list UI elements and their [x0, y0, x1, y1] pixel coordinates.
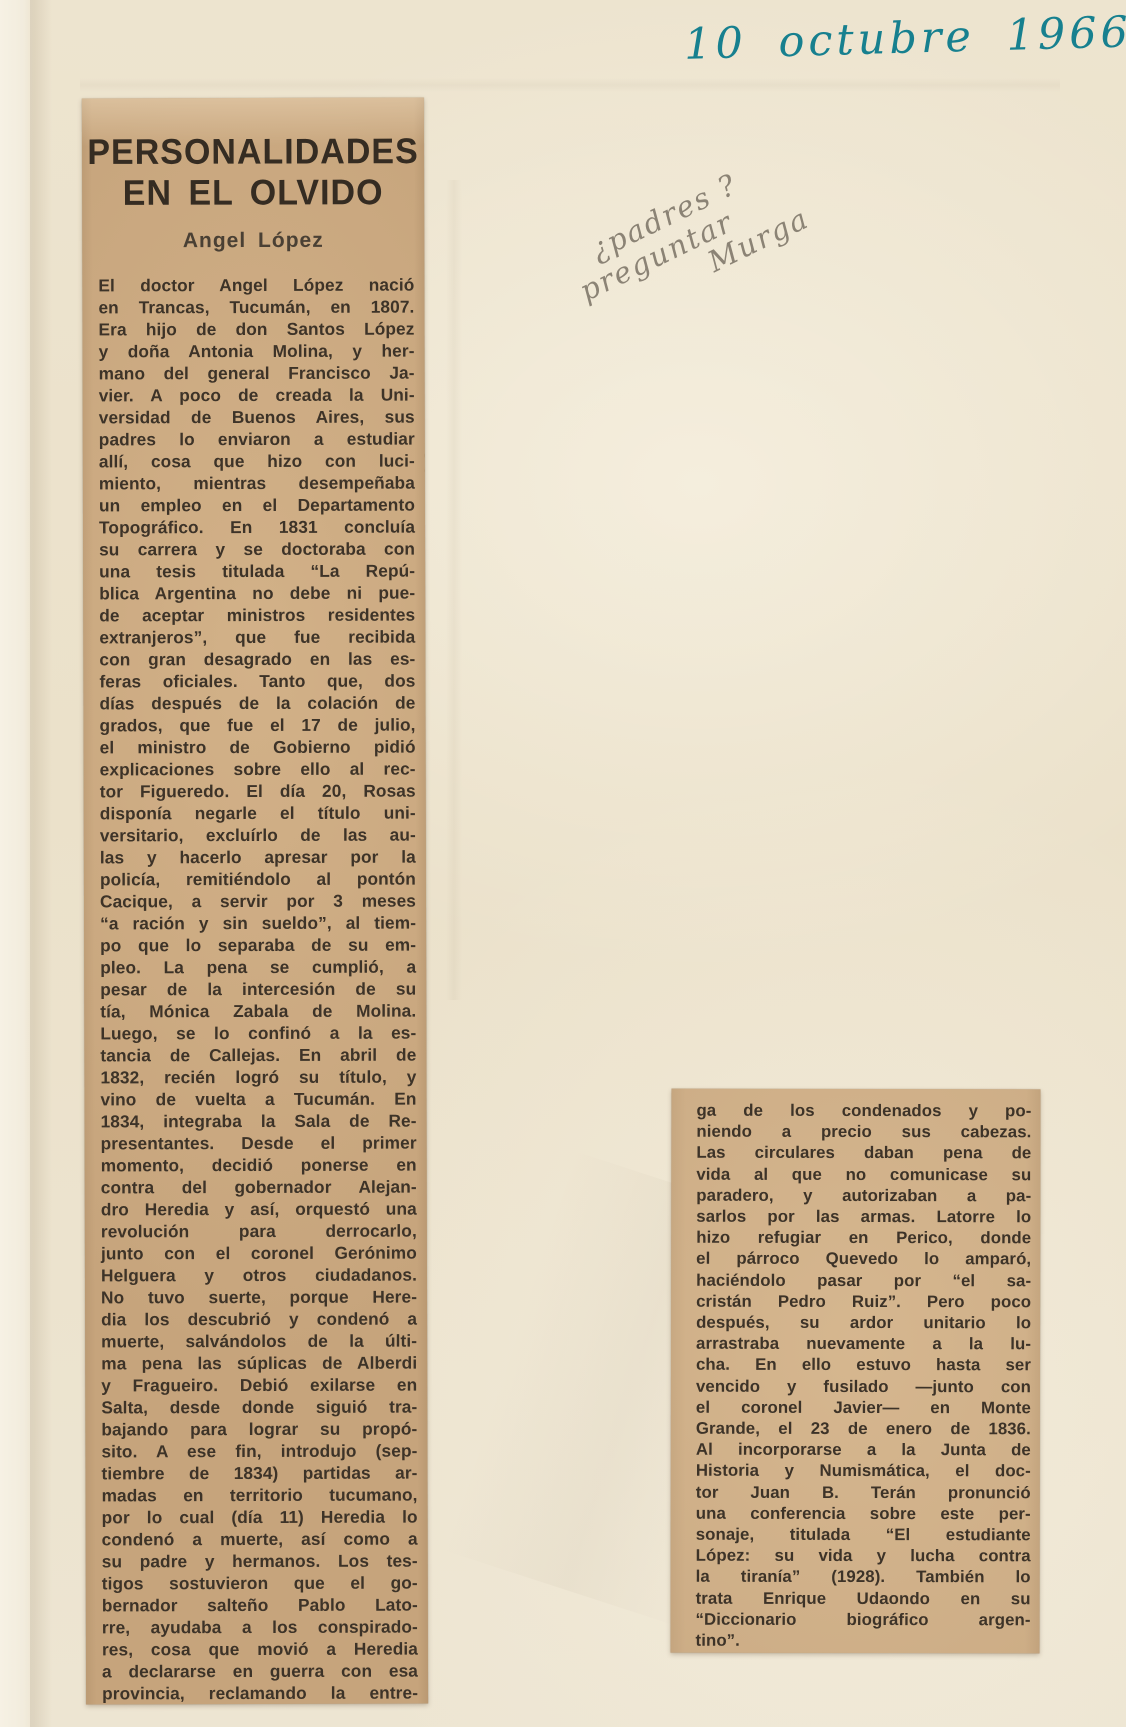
article-line: las y hacerlo apresar por la [100, 846, 416, 869]
article-line: vencido y fusilado —junto con [696, 1375, 1031, 1397]
article-line: el coronel Javier— en Monte [696, 1397, 1031, 1419]
article-line: hizo refugiar en Perico, donde [696, 1227, 1031, 1249]
article-line: explicaciones sobre ello al rec- [100, 758, 416, 781]
article-line: López: su vida y lucha contra [696, 1545, 1031, 1567]
article-line: ma pena las súplicas de Alberdi [101, 1352, 417, 1375]
article-line: su padre y hermanos. Los tes- [102, 1550, 418, 1573]
article-line: “Diccionario biográfico argen- [696, 1609, 1031, 1631]
article-line: en Trancas, Tucumán, en 1807. [98, 296, 414, 319]
article-body-column-1: El doctor Angel López nacióen Trancas, T… [82, 274, 428, 1705]
article-line: Topográfico. En 1831 concluía [99, 516, 415, 539]
article-line: mano del general Francisco Ja- [99, 362, 415, 385]
article-line: un empleo en el Departamento [99, 494, 415, 517]
article-line: con gran desagrado en las es- [99, 648, 415, 671]
article-body-column-2: ga de los condenados y po-niendo a preci… [671, 1089, 1041, 1652]
article-line: cristán Pedro Ruiz”. Pero poco [696, 1291, 1031, 1313]
article-line: revolución para derrocarlo, [101, 1220, 417, 1243]
article-line: su carrera y se doctoraba con [99, 538, 415, 561]
article-line: vida al que no comunicase su [696, 1163, 1031, 1185]
article-line: junto con el coronel Gerónimo [101, 1242, 417, 1265]
newspaper-clipping-main: PERSONALIDADES EN EL OLVIDO Angel López … [82, 98, 428, 1705]
article-line: días después de la colación de [99, 692, 415, 715]
article-line: el ministro de Gobierno pidió [100, 736, 416, 759]
article-line: momento, decidió ponerse en [101, 1154, 417, 1177]
article-line: Helguera y otros ciudadanos. [101, 1264, 417, 1287]
article-line: tor Juan B. Terán pronunció [696, 1481, 1031, 1503]
article-line: trata Enrique Udaondo en su [696, 1587, 1031, 1609]
article-line: No tuvo suerte, porque Here- [101, 1286, 417, 1309]
article-line: contra del gobernador Alejan- [101, 1176, 417, 1199]
article-line: y doña Antonia Molina, y her- [99, 340, 415, 363]
article-line: extranjeros”, que fue recibida [99, 626, 415, 649]
article-line: a declararse en guerra con esa [102, 1660, 418, 1683]
article-line: bajando para lograr su propó- [101, 1418, 417, 1441]
article-line: sarlos por las armas. Latorre lo [696, 1206, 1031, 1228]
article-line: res, cosa que movió a Heredia [102, 1638, 418, 1661]
article-line: ga de los condenados y po- [696, 1100, 1031, 1122]
article-line: padres lo enviaron a estudiar [99, 428, 415, 451]
article-line: una conferencia sobre este per- [696, 1503, 1031, 1525]
page-edge-shadow [30, 0, 52, 1727]
article-line: Historia y Numismática, el doc- [696, 1460, 1031, 1482]
article-line: haciéndolo pasar por “el sa- [696, 1269, 1031, 1291]
article-line: 1832, recién logró su título, y [100, 1066, 416, 1089]
pencil-note: ¿padres ? preguntar Murga [560, 117, 872, 335]
article-line: disponía negarle el título uni- [100, 802, 416, 825]
article-line: pleo. La pena se cumplió, a [100, 956, 416, 979]
article-line: después, su ardor unitario lo [696, 1312, 1031, 1334]
article-line: Luego, se lo confinó a la es- [100, 1022, 416, 1045]
article-line: paradero, y autorizaban a pa- [696, 1185, 1031, 1207]
article-line: el párroco Quevedo lo amparó, [696, 1248, 1031, 1270]
article-line: cha. En ello estuvo hasta ser [696, 1354, 1031, 1376]
article-line: presentantes. Desde el primer [101, 1132, 417, 1155]
article-line: allí, cosa que hizo con luci- [99, 450, 415, 473]
article-line: El doctor Angel López nació [98, 274, 414, 297]
article-line: Era hijo de don Santos López [98, 318, 414, 341]
article-line: dro Heredia y así, orquestó una [101, 1198, 417, 1221]
article-line: feras oficiales. Tanto que, dos [99, 670, 415, 693]
article-line: bernador salteño Pablo Lato- [102, 1594, 418, 1617]
article-line: tancia de Callejas. En abril de [100, 1044, 416, 1067]
article-title: PERSONALIDADES EN EL OLVIDO [82, 132, 424, 215]
article-line: provincia, reclamando la entre- [102, 1682, 418, 1705]
article-line: una tesis titulada “La Repú- [99, 560, 415, 583]
article-line: tigos sostuvieron que el go- [102, 1572, 418, 1595]
article-line: tor Figueredo. El día 20, Rosas [100, 780, 416, 803]
article-title-line2: EN EL OLVIDO [82, 173, 424, 215]
article-line: blica Argentina no debe ni pue- [99, 582, 415, 605]
page-left-edge [0, 0, 34, 1727]
article-line: po que lo separaba de su em- [100, 934, 416, 957]
article-line: “a ración y sin sueldo”, al tiem- [100, 912, 416, 935]
handwritten-date: 10 octubre 1966 [683, 8, 1104, 70]
article-line: de aceptar ministros residentes [99, 604, 415, 627]
article-line: vino de vuelta a Tucumán. En [100, 1088, 416, 1111]
article-line: miento, mientras desempeñaba [99, 472, 415, 495]
article-line: 1834, integraba la Sala de Re- [101, 1110, 417, 1133]
article-line: versitario, excluírlo de las au- [100, 824, 416, 847]
article-line: policía, remitiéndolo al pontón [100, 868, 416, 891]
article-line: pesar de la intercesión de su [100, 978, 416, 1001]
article-line: rre, ayudaba a los conspirado- [102, 1616, 418, 1639]
article-line: Grande, el 23 de enero de 1836. [696, 1418, 1031, 1440]
newspaper-clipping-continuation: ga de los condenados y po-niendo a preci… [671, 1089, 1041, 1654]
article-byline: Angel López [82, 229, 424, 254]
article-line: arrastraba nuevamente a la lu- [696, 1333, 1031, 1355]
article-line: versidad de Buenos Aires, sus [99, 406, 415, 429]
article-line: Salta, desde donde siguió tra- [101, 1396, 417, 1419]
article-line: Las circulares daban pena de [696, 1142, 1031, 1164]
article-line: muerte, salvándolos de la últi- [101, 1330, 417, 1353]
article-line: condenó a muerte, así como a [102, 1528, 418, 1551]
article-line: tía, Mónica Zabala de Molina. [100, 1000, 416, 1023]
article-line: madas en territorio tucumano, [102, 1484, 418, 1507]
article-line: niendo a precio sus cabezas. [696, 1121, 1031, 1143]
article-line: la tiranía” (1928). También lo [696, 1566, 1031, 1588]
article-title-line1: PERSONALIDADES [82, 132, 424, 174]
paper-crease [80, 78, 1060, 92]
article-line: por lo cual (día 11) Heredia lo [102, 1506, 418, 1529]
article-line: Al incorporarse a la Junta de [696, 1439, 1031, 1461]
article-line: dia los descubrió y condenó a [101, 1308, 417, 1331]
article-line: tino”. [696, 1630, 1031, 1652]
article-line: Cacique, a servir por 3 meses [100, 890, 416, 913]
scrapbook-page: 10 octubre 1966 ¿padres ? preguntar Murg… [0, 0, 1126, 1727]
article-line: grados, que fue el 17 de julio, [100, 714, 416, 737]
article-line: y Fragueiro. Debió exilarse en [101, 1374, 417, 1397]
article-line: tiembre de 1834) partidas ar- [101, 1462, 417, 1485]
article-line: vier. A poco de creada la Uni- [99, 384, 415, 407]
article-line: sito. A ese fin, introdujo (sep- [101, 1440, 417, 1463]
article-line: sonaje, titulada “El estudiante [696, 1524, 1031, 1546]
paper-crease [446, 180, 462, 1000]
